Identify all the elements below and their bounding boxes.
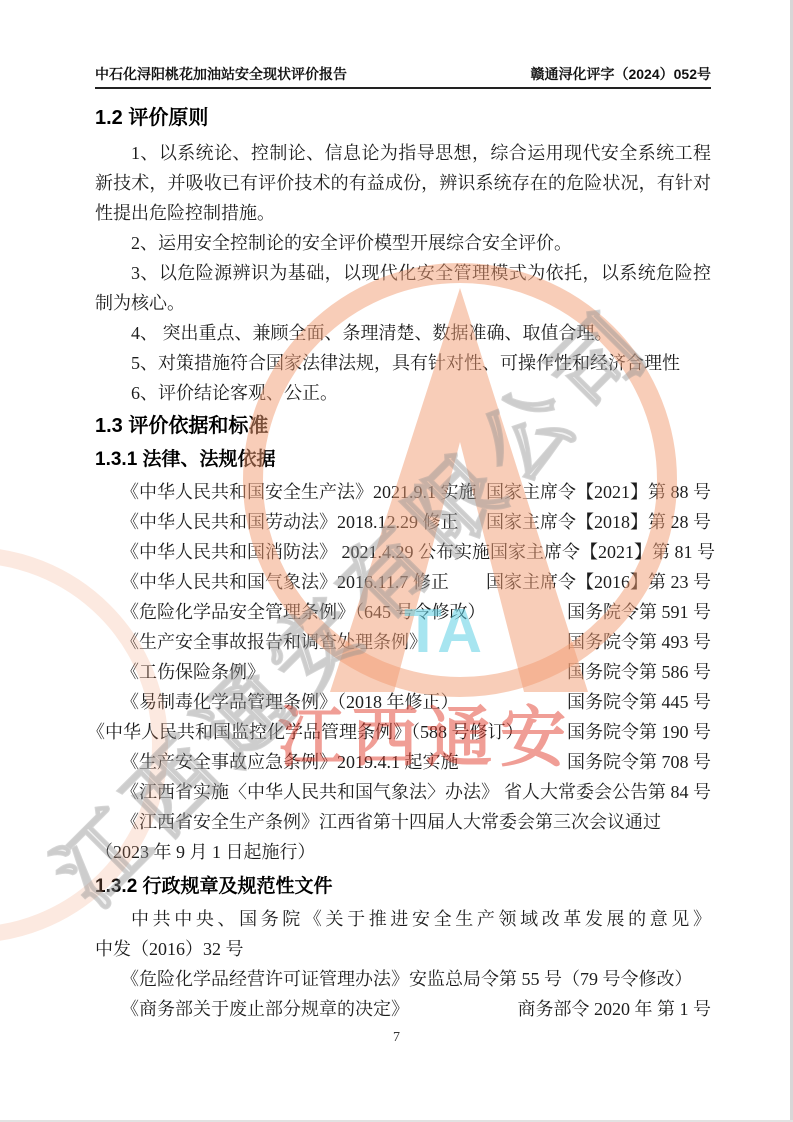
law-item: 《工伤保险条例》 国务院令第 586 号: [95, 657, 711, 687]
principle-item: 3、以危险源辨识为基础，以现代化安全管理模式为依托，以系统危险控制为核心。: [95, 258, 711, 318]
law-item: 《中华人民共和国消防法》 2021.4.29 公布实施 国家主席令【2021】第…: [95, 537, 711, 567]
law-item: 《中华人民共和国气象法》2016.11.7 修正 国家主席令【2016】第 23…: [95, 567, 711, 597]
law-item: 《易制毒化学品管理条例》（2018 年修正） 国务院令第 445 号: [95, 687, 711, 717]
law-item: 《江西省实施〈中华人民共和国气象法〉办法》 省人大常委会公告第 84 号: [95, 777, 711, 807]
law-issue-number: 国务院令第 586 号: [567, 657, 711, 687]
document-body: 1.2 评价原则 1、以系统论、控制论、信息论为指导思想，综合运用现代安全系统工…: [95, 100, 711, 1024]
law-item: 《江西省安全生产条例》江西省第十四届人大常委会第三次会议通过: [95, 807, 711, 837]
law-item: 《生产安全事故报告和调查处理条例》 国务院令第 493 号: [95, 627, 711, 657]
law-continuation: （2023 年 9 月 1 日起施行）: [95, 837, 711, 867]
section-heading-1-3: 1.3 评价依据和标准: [95, 412, 711, 440]
regulation-title: 《商务部关于废止部分规章的决定》: [121, 994, 409, 1024]
regulation-item: 《危险化学品经营许可证管理办法》安监总局令第 55 号（79 号令修改）: [95, 964, 711, 994]
law-title: 《生产安全事故应急条例》2019.4.1 起实施: [121, 747, 459, 777]
section-heading-1-3-2: 1.3.2 行政规章及规范性文件: [95, 873, 711, 900]
law-issue-number: 国家主席令【2016】第 23 号: [486, 567, 711, 597]
law-title: 《中华人民共和国监控化学品管理条例》（588 号修订）: [87, 717, 524, 747]
law-issue-number: 国务院令第 708 号: [567, 747, 711, 777]
law-title: 《中华人民共和国劳动法》2018.12.29 修正: [121, 507, 459, 537]
law-issue-number: 国家主席令【2021】第 88 号: [486, 477, 711, 507]
law-title: 《中华人民共和国消防法》 2021.4.29 公布实施: [121, 537, 490, 567]
principle-item: 2、运用安全控制论的安全评价模型开展综合安全评价。: [95, 228, 711, 258]
principle-item: 5、对策措施符合国家法律法规，具有针对性、可操作性和经济合理性: [95, 348, 711, 378]
law-issue-number: 国务院令第 445 号: [567, 687, 711, 717]
section-heading-1-2: 1.2 评价原则: [95, 104, 711, 132]
regulation-issue-number: 商务部令 2020 年 第 1 号: [518, 994, 712, 1024]
law-title: 《中华人民共和国气象法》2016.11.7 修正: [121, 567, 449, 597]
law-title: 《江西省实施〈中华人民共和国气象法〉办法》: [121, 777, 499, 807]
regulation-item: 《商务部关于废止部分规章的决定》 商务部令 2020 年 第 1 号: [95, 994, 711, 1024]
law-issue-number: 国务院令第 591 号: [567, 597, 711, 627]
law-item: 《生产安全事故应急条例》2019.4.1 起实施 国务院令第 708 号: [95, 747, 711, 777]
law-item: 《中华人民共和国监控化学品管理条例》（588 号修订） 国务院令第 190 号: [87, 717, 711, 747]
policy-opinion-line1: 中共中央、国务院《关于推进安全生产领域改革发展的意见》: [95, 904, 711, 934]
law-title: 《江西省安全生产条例》江西省第十四届人大常委会第三次会议通过: [121, 807, 661, 837]
law-item: 《中华人民共和国安全生产法》2021.9.1 实施 国家主席令【2021】第 8…: [95, 477, 711, 507]
header-report-title: 中石化浔阳桃花加油站安全现状评价报告: [95, 64, 347, 84]
law-issue-number: 省人大常委会公告第 84 号: [504, 777, 711, 807]
policy-opinion-line2: 中发（2016）32 号: [95, 934, 711, 964]
principle-item: 4、 突出重点、兼顾全面、条理清楚、数据准确、取值合理。: [95, 318, 711, 348]
law-title: 《危险化学品安全管理条例》（645 号令修改）: [121, 597, 486, 627]
law-issue-number: 国务院令第 493 号: [567, 627, 711, 657]
principle-item: 6、评价结论客观、公正。: [95, 378, 711, 408]
document-page: 中石化浔阳桃花加油站安全现状评价报告 赣通浔化评字（2024）052号 1.2 …: [0, 0, 793, 1122]
law-issue-number: 国家主席令【2021】第 81 号: [490, 537, 715, 567]
law-title: 《易制毒化学品管理条例》（2018 年修正）: [121, 687, 459, 717]
law-item: 《中华人民共和国劳动法》2018.12.29 修正 国家主席令【2018】第 2…: [95, 507, 711, 537]
law-issue-number: 国务院令第 190 号: [567, 717, 711, 747]
law-item: 《危险化学品安全管理条例》（645 号令修改） 国务院令第 591 号: [95, 597, 711, 627]
law-title: 《中华人民共和国安全生产法》2021.9.1 实施: [121, 477, 477, 507]
law-title: 《生产安全事故报告和调查处理条例》: [121, 627, 427, 657]
section-heading-1-3-1: 1.3.1 法律、法规依据: [95, 446, 711, 473]
law-issue-number: 国家主席令【2018】第 28 号: [486, 507, 711, 537]
header-document-number: 赣通浔化评字（2024）052号: [530, 64, 711, 84]
law-title: 《工伤保险条例》: [121, 657, 265, 687]
principle-item: 1、以系统论、控制论、信息论为指导思想，综合运用现代安全系统工程新技术，并吸收已…: [95, 138, 711, 228]
page-header: 中石化浔阳桃花加油站安全现状评价报告 赣通浔化评字（2024）052号: [95, 64, 711, 89]
page-number: 7: [0, 1030, 793, 1046]
